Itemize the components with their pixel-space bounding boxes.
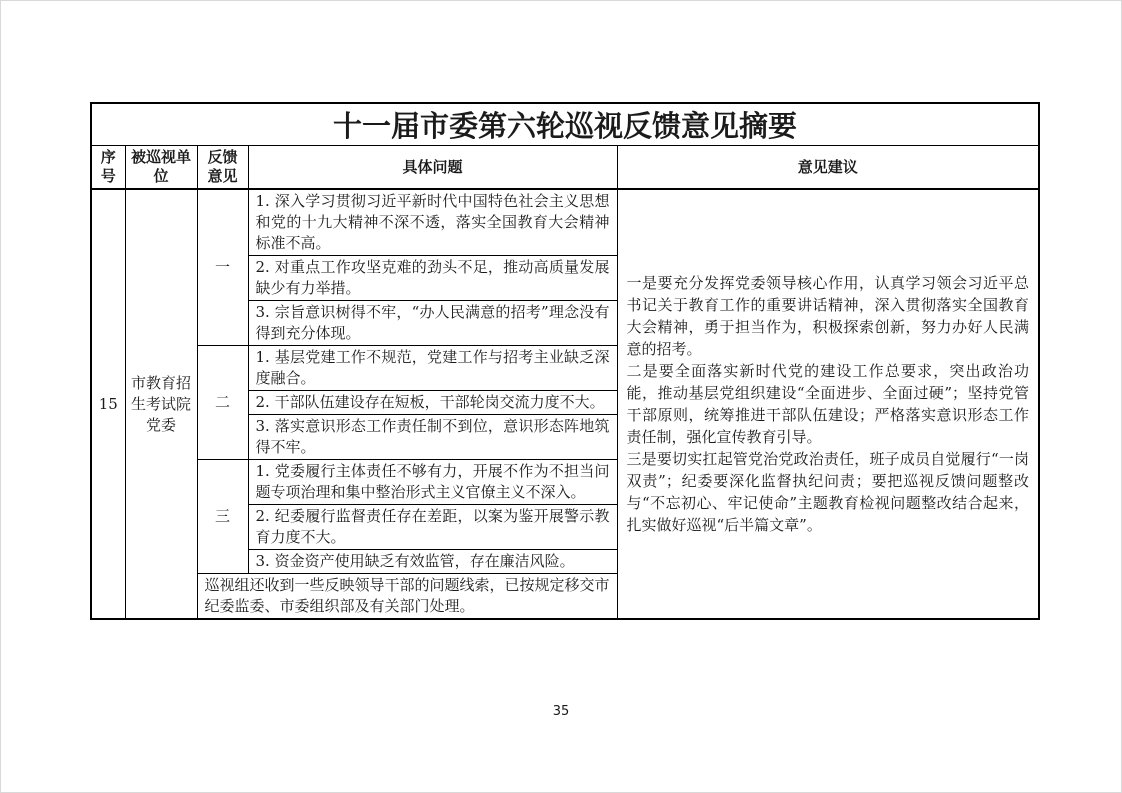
suggestion-paragraph-1: 一是要充分发挥党委领导核心作用，认真学习领会习近平总书记关于教育工作的重要讲话精… <box>627 272 1030 360</box>
problem-item-2-1: 1. 基层党建工作不规范，党建工作与招考主业缺乏深度融合。 <box>248 346 617 391</box>
cell-suggestions: 一是要充分发挥党委领导核心作用，认真学习领会习近平总书记关于教育工作的重要讲话精… <box>617 189 1039 619</box>
problem-item-3-1: 1. 党委履行主体责任不够有力，开展不作为不担当问题专项治理和集中整治形式主义官… <box>248 460 617 505</box>
problem-item-3-3: 3. 资金资产使用缺乏有效监管，存在廉洁风险。 <box>248 550 617 574</box>
problem-item-2-3: 3. 落实意识形态工作责任制不到位，意识形态阵地筑得不牢。 <box>248 415 617 460</box>
table-title: 十一届市委第六轮巡视反馈意见摘要 <box>91 103 1039 146</box>
problem-item-1-2: 2. 对重点工作攻坚克难的劲头不足，推动高质量发展缺少有力举措。 <box>248 256 617 301</box>
inspection-feedback-table: 十一届市委第六轮巡视反馈意见摘要 序号 被巡视单位 反馈意见 具体问题 意见建议… <box>90 102 1040 620</box>
problem-item-1-1: 1. 深入学习贯彻习近平新时代中国特色社会主义思想和党的十九大精神不深不透，落实… <box>248 189 617 256</box>
problem-item-3-2: 2. 纪委履行监督责任存在差距，以案为鉴开展警示教育力度不大。 <box>248 505 617 550</box>
problem-item-2-2: 2. 干部队伍建设存在短板，干部轮岗交流力度不大。 <box>248 391 617 415</box>
table-row: 15 市教育招生考试院党委 一 1. 深入学习贯彻习近平新时代中国特色社会主义思… <box>91 189 1039 256</box>
problem-item-1-3: 3. 宗旨意识树得不牢，“办人民满意的招考”理念没有得到充分体现。 <box>248 301 617 346</box>
cell-inspected-unit: 市教育招生考试院党委 <box>125 189 197 619</box>
group-label-2: 二 <box>197 346 248 460</box>
page-number: 35 <box>1 704 1121 719</box>
suggestion-paragraph-3: 三是要切实扛起管党治党政治责任，班子成员自觉履行“一岗双责”；纪委要深化监督执纪… <box>627 448 1030 536</box>
col-header-feedback: 反馈意见 <box>197 146 248 190</box>
title-row: 十一届市委第六轮巡视反馈意见摘要 <box>91 103 1039 146</box>
document-page: 十一届市委第六轮巡视反馈意见摘要 序号 被巡视单位 反馈意见 具体问题 意见建议… <box>0 0 1122 793</box>
col-header-suggestions: 意见建议 <box>617 146 1039 190</box>
extra-clues-note: 巡视组还收到一些反映领导干部的问题线索，已按规定移交市纪委监委、市委组织部及有关… <box>197 574 617 620</box>
group-label-1: 一 <box>197 189 248 346</box>
col-header-problems: 具体问题 <box>248 146 617 190</box>
header-row: 序号 被巡视单位 反馈意见 具体问题 意见建议 <box>91 146 1039 190</box>
group-label-3: 三 <box>197 460 248 574</box>
col-header-unit: 被巡视单位 <box>125 146 197 190</box>
suggestion-paragraph-2: 二是要全面落实新时代党的建设工作总要求，突出政治功能，推动基层党组织建设“全面进… <box>627 360 1030 448</box>
col-header-seq: 序号 <box>91 146 125 190</box>
cell-seq-number: 15 <box>91 189 125 619</box>
